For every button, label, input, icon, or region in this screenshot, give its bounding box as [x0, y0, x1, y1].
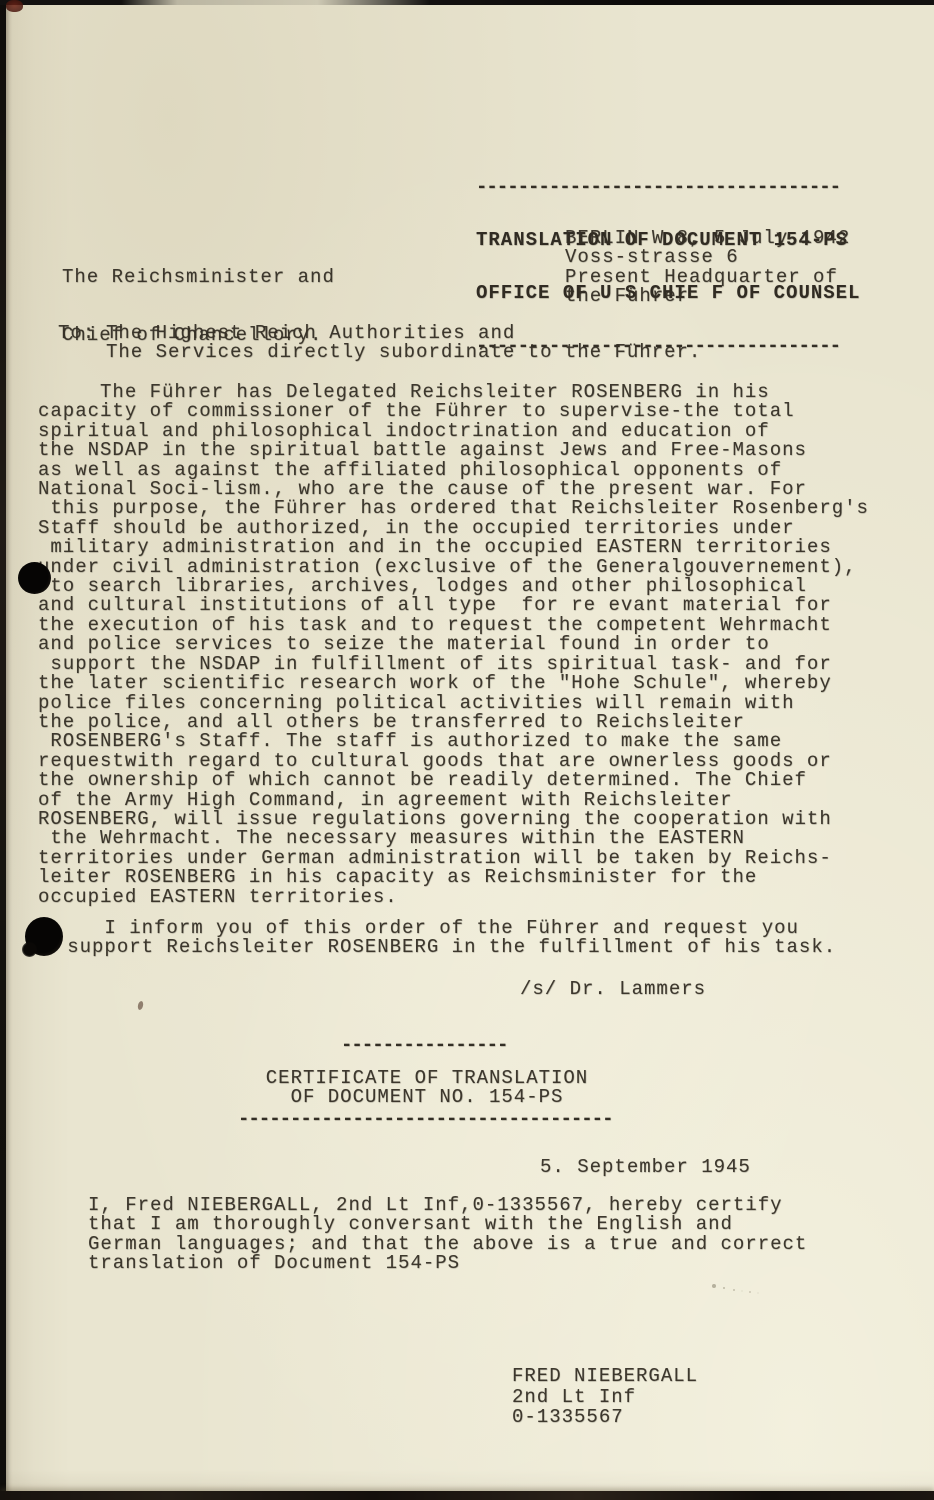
recipient-lines: The Highest Reich Authorities and The Se…: [106, 324, 701, 363]
corner-red-mark: [6, 0, 23, 12]
dateline-block: BERLIN W 8, 5 July 1942 Voss-strasse 6 P…: [565, 229, 850, 307]
body-paragraph-1: The Führer has Delegated Reichsleiter RO…: [38, 383, 869, 907]
certificate-dash-long: ------------------------------------: [238, 1110, 612, 1129]
sender-line-1: The Reichsminister and: [62, 268, 335, 287]
scan-edge-bottom: [0, 1491, 934, 1500]
certificate-title-line-2: OF DOCUMENT NO. 154-PS: [238, 1088, 616, 1107]
header-dash-top: -----------------------------------: [476, 179, 860, 197]
certificate-dash-short: ----------------: [341, 1036, 507, 1055]
hole-punch-top: [18, 562, 51, 594]
body-paragraph-2: I inform you of this order of the Führer…: [30, 919, 836, 958]
ink-smudge: [712, 1284, 716, 1288]
scan-edge-left: [0, 0, 6, 1500]
typist-signature-block: FRED NIEBERGALL 2nd Lt Inf 0-1335567: [512, 1366, 698, 1428]
certificate-statement: I, Fred NIEBERGALL, 2nd Lt Inf,0-1335567…: [88, 1196, 807, 1274]
certificate-date: 5. September 1945: [540, 1158, 751, 1177]
scan-edge-top: [0, 0, 934, 5]
hole-punch-bottom-tail: [22, 942, 37, 957]
ink-speck: [137, 1001, 144, 1011]
recipient-label: To:: [58, 324, 95, 343]
document-page: ----------------------------------- TRAN…: [0, 0, 934, 1500]
lammers-signature: /s/ Dr. Lammers: [520, 980, 706, 999]
